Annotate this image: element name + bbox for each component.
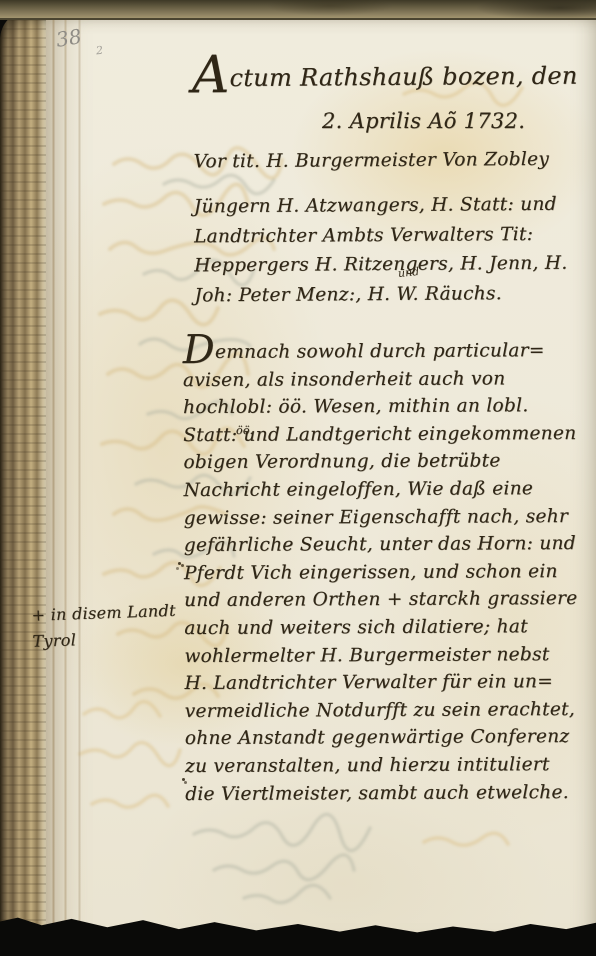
manuscript-line: Jüngern H. Atzwangers, H. Statt: und (194, 190, 586, 222)
manuscript-line: Joh: Peter Menz:, H. W. Räuchs. (194, 278, 586, 310)
manuscript-scan: 38 2 Actum Rathshauß bozen, den 2. April… (0, 0, 596, 956)
manuscript-line: ohne Anstandt gegenwärtige Conferenz (185, 723, 591, 753)
margin-note: + in disem Landt Tyrol (31, 597, 193, 655)
margin-note-line: Tyrol (32, 623, 193, 655)
ink-speck (178, 562, 181, 565)
attendees-block: Vor tit. H. Burgermeister Von Zobley Jün… (193, 145, 586, 311)
manuscript-line: hochlobl: öö. Wesen, mithin an lobl. (183, 392, 589, 422)
manuscript-line: Landtrichter Ambts Verwalters Tit: (194, 219, 586, 251)
manuscript-line: und anderen Orthen + starckh grassiere (184, 585, 590, 615)
manuscript-line: Demnach sowohl durch particular= (183, 337, 589, 367)
manuscript-line: Heppergers H. Ritzengers, H. Jenn, H. (194, 249, 586, 281)
manuscript-line: avisen, als insonderheit auch von (183, 365, 589, 395)
manuscript-line: Pferdt Vich eingerissen, und schon ein (184, 558, 590, 588)
book-spine-edge (0, 10, 46, 944)
manuscript-line: H. Landtrichter Verwalter für ein un= (185, 668, 591, 698)
heading-line-2: 2. Aprilis Aõ 1732. (322, 106, 582, 136)
folio-number: 38 (54, 24, 83, 52)
margin-note-line: + in disem Landt (31, 597, 192, 629)
interlinear-insertion: öö. (236, 424, 253, 437)
heading-line-1: Actum Rathshauß bozen, den (192, 55, 582, 100)
book-top-edge (0, 0, 596, 20)
manuscript-line: vermeidliche Notdurfft zu sein erachtet, (185, 696, 591, 726)
manuscript-line: Vor tit. H. Burgermeister Von Zobley (193, 145, 585, 177)
manuscript-line: obigen Verordnung, die betrübte (183, 447, 589, 477)
manuscript-line: auch und weiters sich dilatiere; hat (184, 613, 590, 643)
folio-mark: 2 (95, 44, 103, 58)
manuscript-line: zu veranstalten, und hierzu intituliert (185, 751, 591, 781)
manuscript-line: die Viertlmeister, sambt auch etwelche. (185, 778, 591, 808)
manuscript-line: Nachricht eingeloffen, Wie daß eine (183, 475, 589, 505)
body-block: Demnach sowohl durch particular= avisen,… (183, 337, 591, 808)
manuscript-line: gewisse: seiner Eigenschafft nach, sehr (184, 503, 590, 533)
manuscript-line: wohlermelter H. Burgermeister nebst (184, 640, 590, 670)
interlinear-insertion: und (397, 265, 419, 280)
manuscript-line: gefährliche Seucht, unter das Horn: und (184, 530, 590, 560)
